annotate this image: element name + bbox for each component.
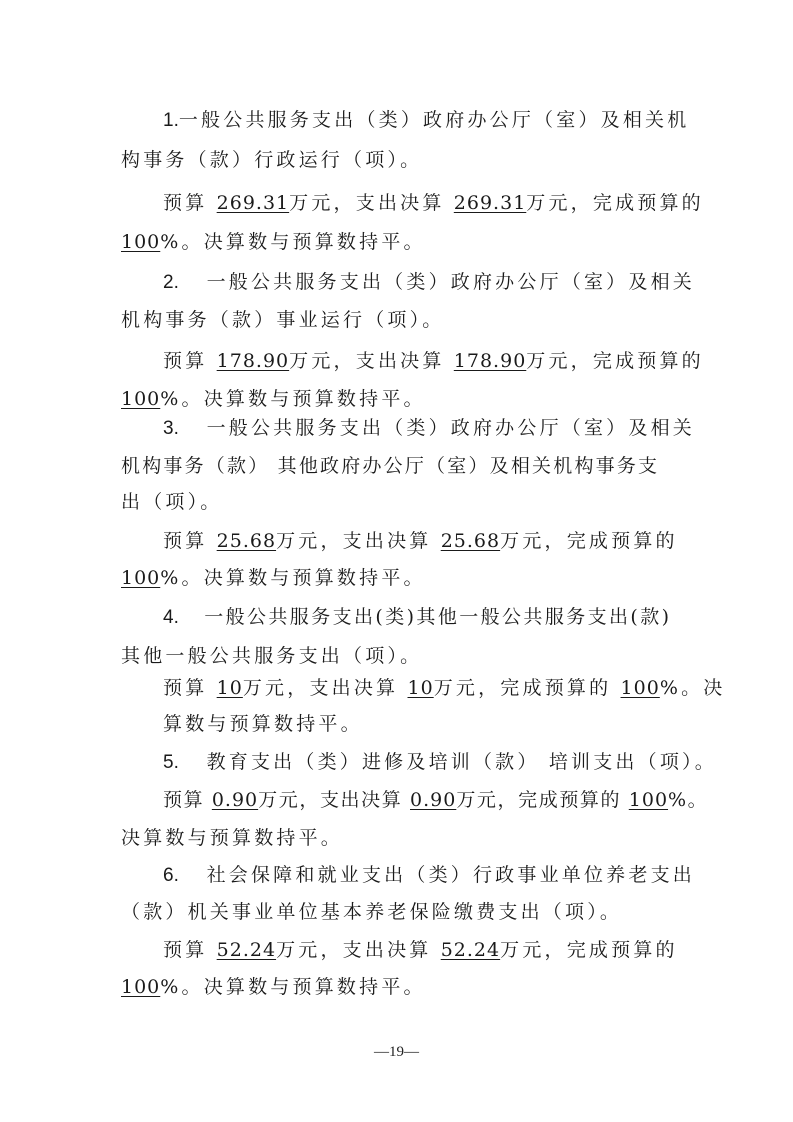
- budget-value: 52.24: [217, 939, 276, 961]
- text: 万元，支出决算: [243, 677, 398, 699]
- heading-text: 社会保障和就业支出（类）行政事业单位养老支出: [207, 864, 695, 886]
- percent-value: 100: [629, 789, 668, 811]
- percent-value: 100: [121, 976, 160, 998]
- text: 万元，支出决算: [276, 939, 431, 961]
- item-5-heading-line-1: 5. 教育支出（类）进修及培训（款） 培训支出（项）。: [163, 750, 717, 775]
- budget-label: 预算: [163, 789, 204, 811]
- actual-value: 0.90: [410, 789, 456, 811]
- text: 万元，支出决算: [289, 192, 444, 214]
- budget-label: 预算: [163, 677, 207, 699]
- text: 万元，完成预算的: [434, 677, 612, 699]
- item-6-heading-line-2: （款）机关事业单位基本养老保险缴费支出（项）。: [121, 900, 622, 924]
- text: 万元，完成预算的: [500, 939, 678, 961]
- text: %。决算数与预算数持平。: [160, 976, 425, 998]
- budget-value: 269.31: [217, 192, 289, 214]
- item-3-heading-line-1: 3. 一般公共服务支出（类）政府办公厅（室）及相关: [163, 416, 695, 441]
- heading-text: 一般公共服务支出(类)其他一般公共服务支出(款): [204, 606, 671, 628]
- item-4-heading-line-1: 4. 一般公共服务支出(类)其他一般公共服务支出(款): [163, 605, 671, 630]
- budget-label: 预算: [163, 530, 207, 552]
- actual-value: 10: [408, 677, 434, 699]
- item-number: 3.: [163, 418, 179, 439]
- text: %。决算数与预算数持平。: [160, 567, 425, 589]
- budget-label: 预算: [163, 192, 207, 214]
- item-2-heading-line-2: 机构事务（款）事业运行（项）。: [121, 308, 445, 332]
- percent-value: 100: [121, 567, 160, 589]
- item-6-budget-line: 预算 52.24万元，支出决算 52.24万元，完成预算的: [163, 938, 678, 962]
- item-number: 6.: [163, 865, 179, 886]
- item-1-result-line: 100%。决算数与预算数持平。: [121, 230, 426, 254]
- item-1-heading-line-1: 1.一般公共服务支出（类）政府办公厅（室）及相关机: [163, 108, 689, 133]
- item-5-budget-line: 预算 0.90万元，支出决算 0.90万元，完成预算的 100%。: [163, 788, 708, 812]
- text: 万元，完成预算的: [526, 192, 704, 214]
- budget-value: 0.90: [212, 789, 258, 811]
- budget-value: 10: [217, 677, 243, 699]
- text: 万元，完成预算的: [456, 789, 621, 811]
- heading-text: 一般公共服务支出（类）政府办公厅（室）及相关: [207, 271, 695, 293]
- heading-text: 一般公共服务支出（类）政府办公厅（室）及相关机: [179, 109, 690, 131]
- item-6-heading-line-1: 6. 社会保障和就业支出（类）行政事业单位养老支出: [163, 863, 695, 888]
- item-2-heading-line-1: 2. 一般公共服务支出（类）政府办公厅（室）及相关: [163, 270, 695, 295]
- item-4-result-line: 算数与预算数持平。: [163, 712, 363, 736]
- heading-text: 一般公共服务支出（类）政府办公厅（室）及相关: [207, 417, 695, 439]
- item-number: 2.: [163, 272, 179, 293]
- text: %。决: [660, 677, 726, 699]
- text: 万元，支出决算: [289, 350, 444, 372]
- text: %。: [668, 789, 708, 811]
- item-2-budget-line: 预算 178.90万元，支出决算 178.90万元，完成预算的: [163, 349, 704, 373]
- text: 万元，支出决算: [276, 530, 431, 552]
- item-6-result-line: 100%。决算数与预算数持平。: [121, 975, 426, 999]
- budget-label: 预算: [163, 350, 207, 372]
- item-3-heading-line-2: 机构事务（款） 其他政府办公厅（室）及相关机构事务支: [121, 454, 659, 478]
- text: 万元，完成预算的: [500, 530, 678, 552]
- text: %。决算数与预算数持平。: [160, 388, 425, 410]
- heading-text: 教育支出（类）进修及培训（款） 培训支出（项）。: [207, 751, 717, 773]
- actual-value: 52.24: [441, 939, 500, 961]
- actual-value: 178.90: [454, 350, 526, 372]
- text: 万元，支出决算: [258, 789, 402, 811]
- item-number: 1.: [163, 110, 179, 131]
- item-number: 5.: [163, 752, 179, 773]
- budget-value: 25.68: [217, 530, 276, 552]
- actual-value: 25.68: [441, 530, 500, 552]
- item-4-heading-line-2: 其他一般公共服务支出（项）。: [121, 644, 422, 668]
- item-3-result-line: 100%。决算数与预算数持平。: [121, 566, 426, 590]
- item-2-result-line: 100%。决算数与预算数持平。: [121, 387, 426, 411]
- percent-value: 100: [121, 231, 160, 253]
- actual-value: 269.31: [454, 192, 526, 214]
- budget-label: 预算: [163, 939, 207, 961]
- item-3-heading-line-3: 出（项）。: [121, 490, 223, 514]
- item-number: 4.: [163, 607, 179, 628]
- item-1-heading-line-2: 构事务（款）行政运行（项）。: [121, 148, 422, 172]
- percent-value: 100: [621, 677, 660, 699]
- item-1-budget-line: 预算 269.31万元，支出决算 269.31万元，完成预算的: [163, 191, 704, 215]
- item-5-result-line: 决算数与预算数持平。: [121, 826, 343, 850]
- page-number: —19—: [0, 1044, 793, 1061]
- text: %。决算数与预算数持平。: [160, 231, 425, 253]
- budget-value: 178.90: [217, 350, 289, 372]
- text: 万元，完成预算的: [526, 350, 704, 372]
- item-3-budget-line: 预算 25.68万元，支出决算 25.68万元，完成预算的: [163, 529, 678, 553]
- percent-value: 100: [121, 388, 160, 410]
- item-4-budget-line: 预算 10万元，支出决算 10万元，完成预算的 100%。决: [163, 676, 725, 700]
